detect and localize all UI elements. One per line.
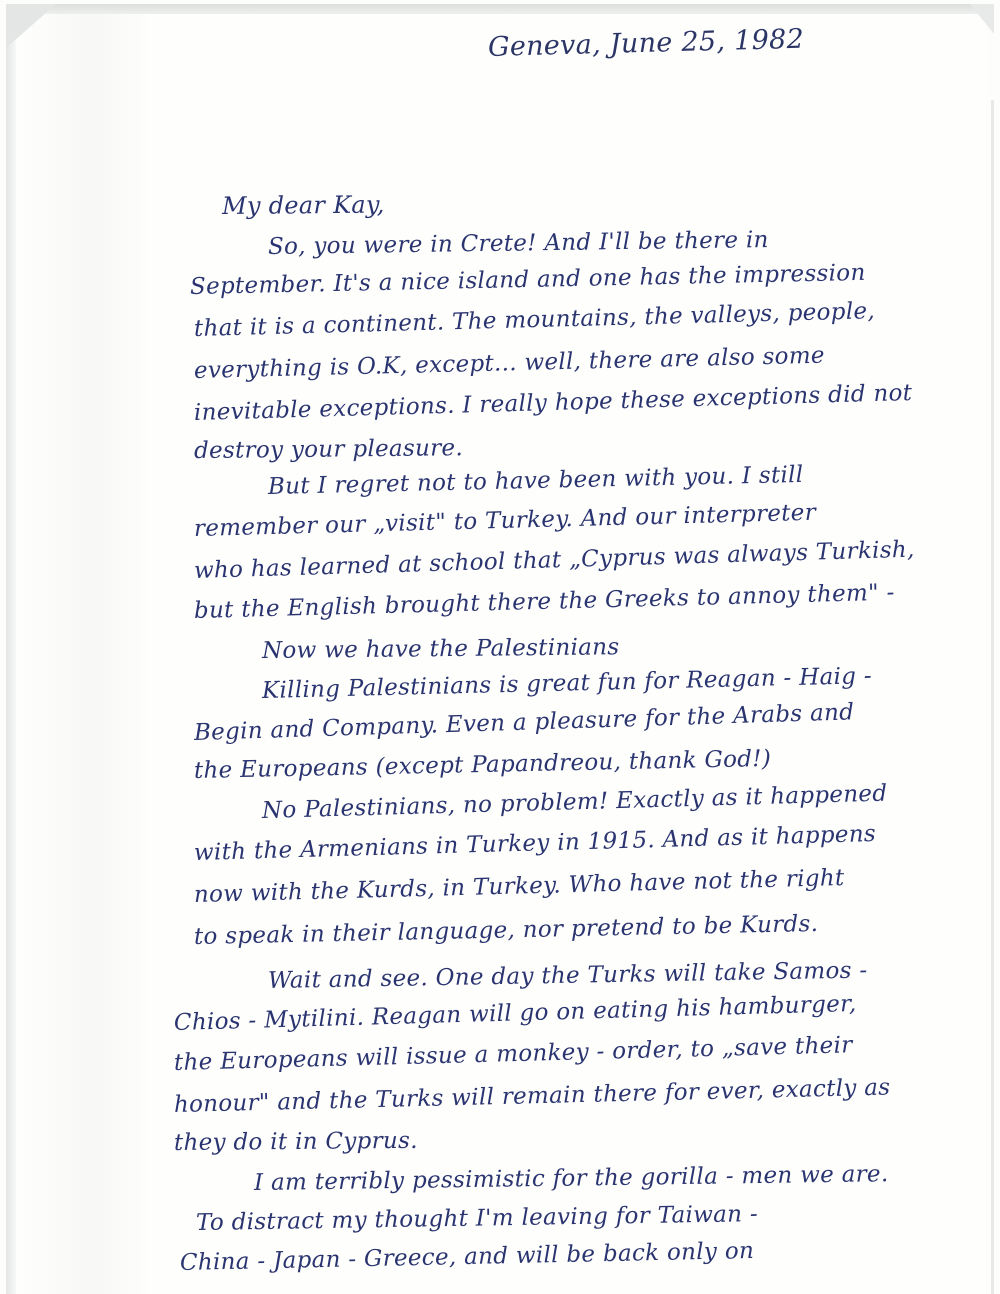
letter-dateline: Geneva, June 25, 1982 <box>488 26 805 61</box>
scan-top-edge <box>6 4 994 14</box>
corner-fold-left <box>6 4 56 48</box>
corner-fold-right <box>970 4 994 34</box>
scan-left-edge <box>6 4 16 1294</box>
letter-line: Now we have the Palestinians <box>262 636 620 663</box>
letter-salutation: My dear Kay, <box>222 193 385 218</box>
scan-frame: Geneva, June 25, 1982 My dear Kay, So, y… <box>0 0 1000 1294</box>
letter-line: destroy your pleasure. <box>194 437 463 463</box>
letter-line: they do it in Cyprus. <box>174 1130 418 1155</box>
scan-right-edge <box>991 100 994 1294</box>
